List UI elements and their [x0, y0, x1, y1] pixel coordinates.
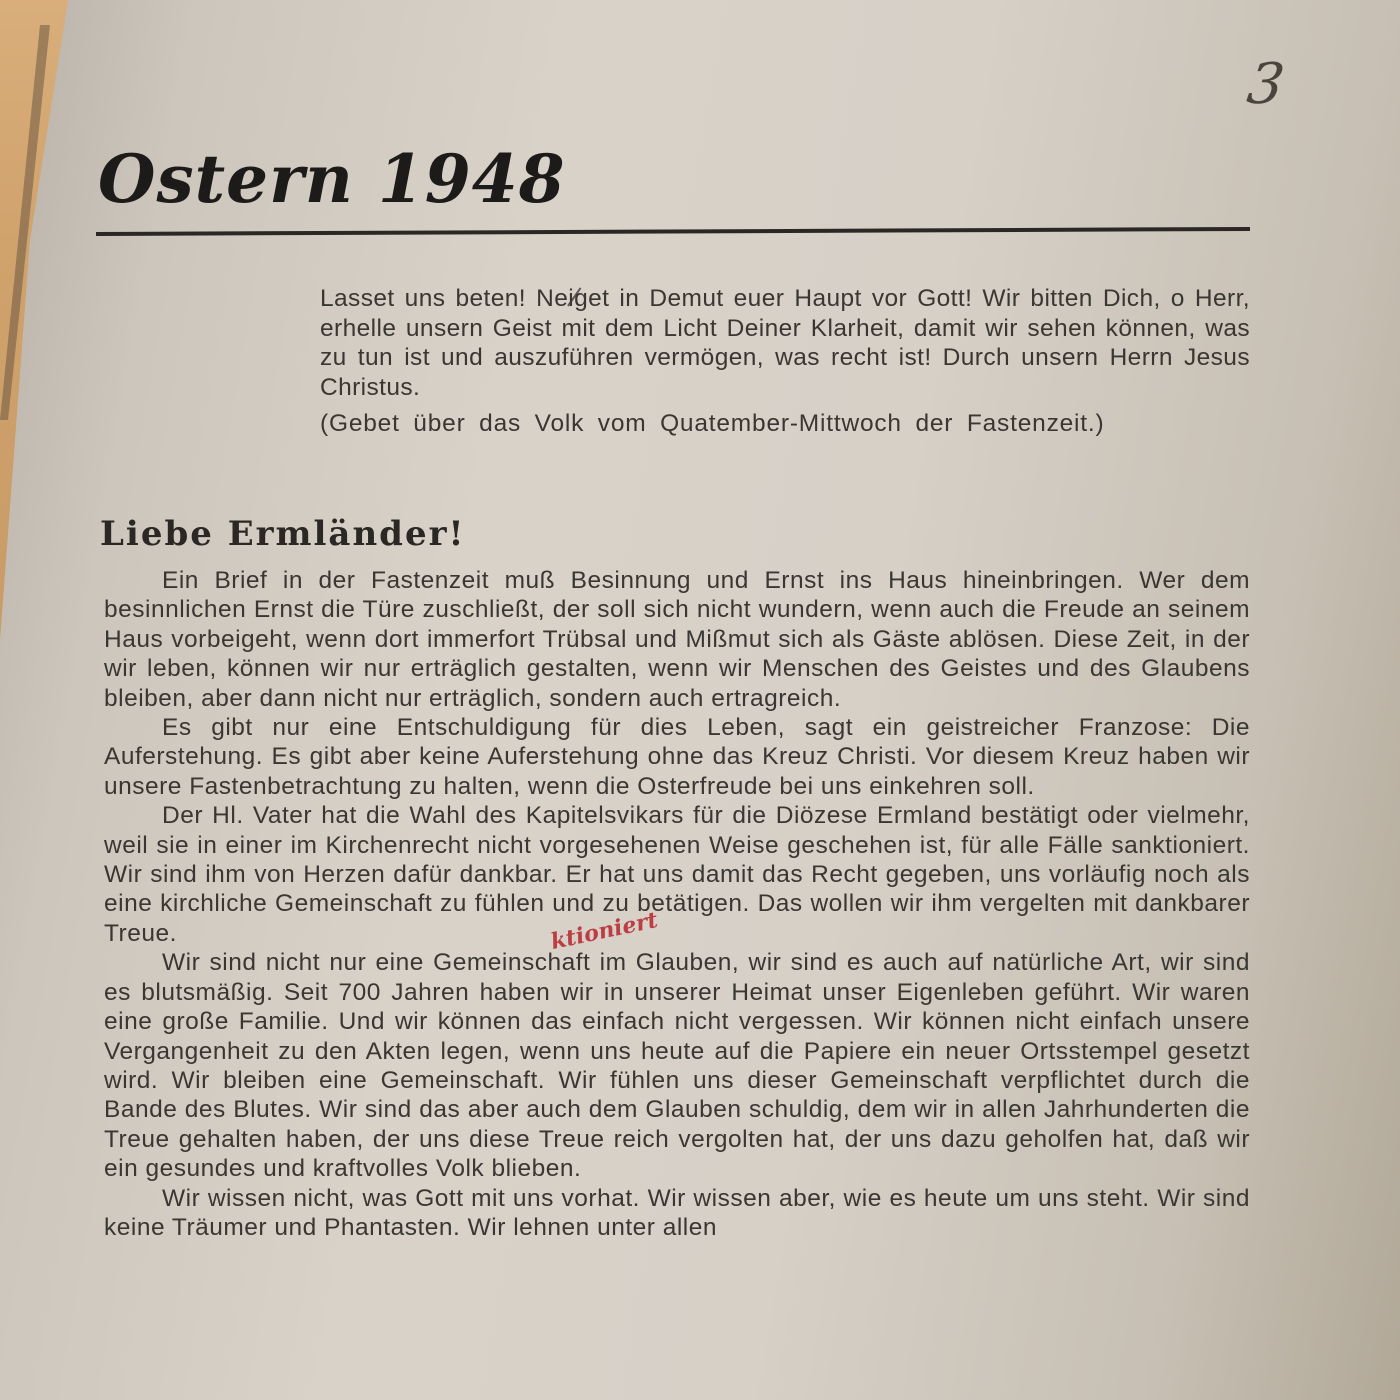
prayer-text: Lasset uns beten! Neiget in Demut euer H… — [320, 284, 1250, 402]
prayer-source: (Gebet über das Volk vom Quatember-Mittw… — [320, 410, 1250, 438]
paragraph: Wir wissen nicht, was Gott mit uns vorha… — [104, 1184, 1250, 1243]
letter-body: Ein Brief in der Fastenzeit muß Besinnun… — [104, 566, 1250, 1242]
salutation-heading: Liebe Ermländer! — [100, 514, 465, 554]
paragraph: Ein Brief in der Fastenzeit muß Besinnun… — [104, 566, 1250, 713]
page-title: Ostern 1948 — [98, 140, 566, 218]
paragraph: Wir sind nicht nur eine Gemeinschaft im … — [104, 948, 1250, 1183]
paragraph: Der Hl. Vater hat die Wahl des Kapitelsv… — [104, 801, 1250, 948]
paragraph: Es gibt nur eine Entschuldigung für dies… — [104, 713, 1250, 801]
